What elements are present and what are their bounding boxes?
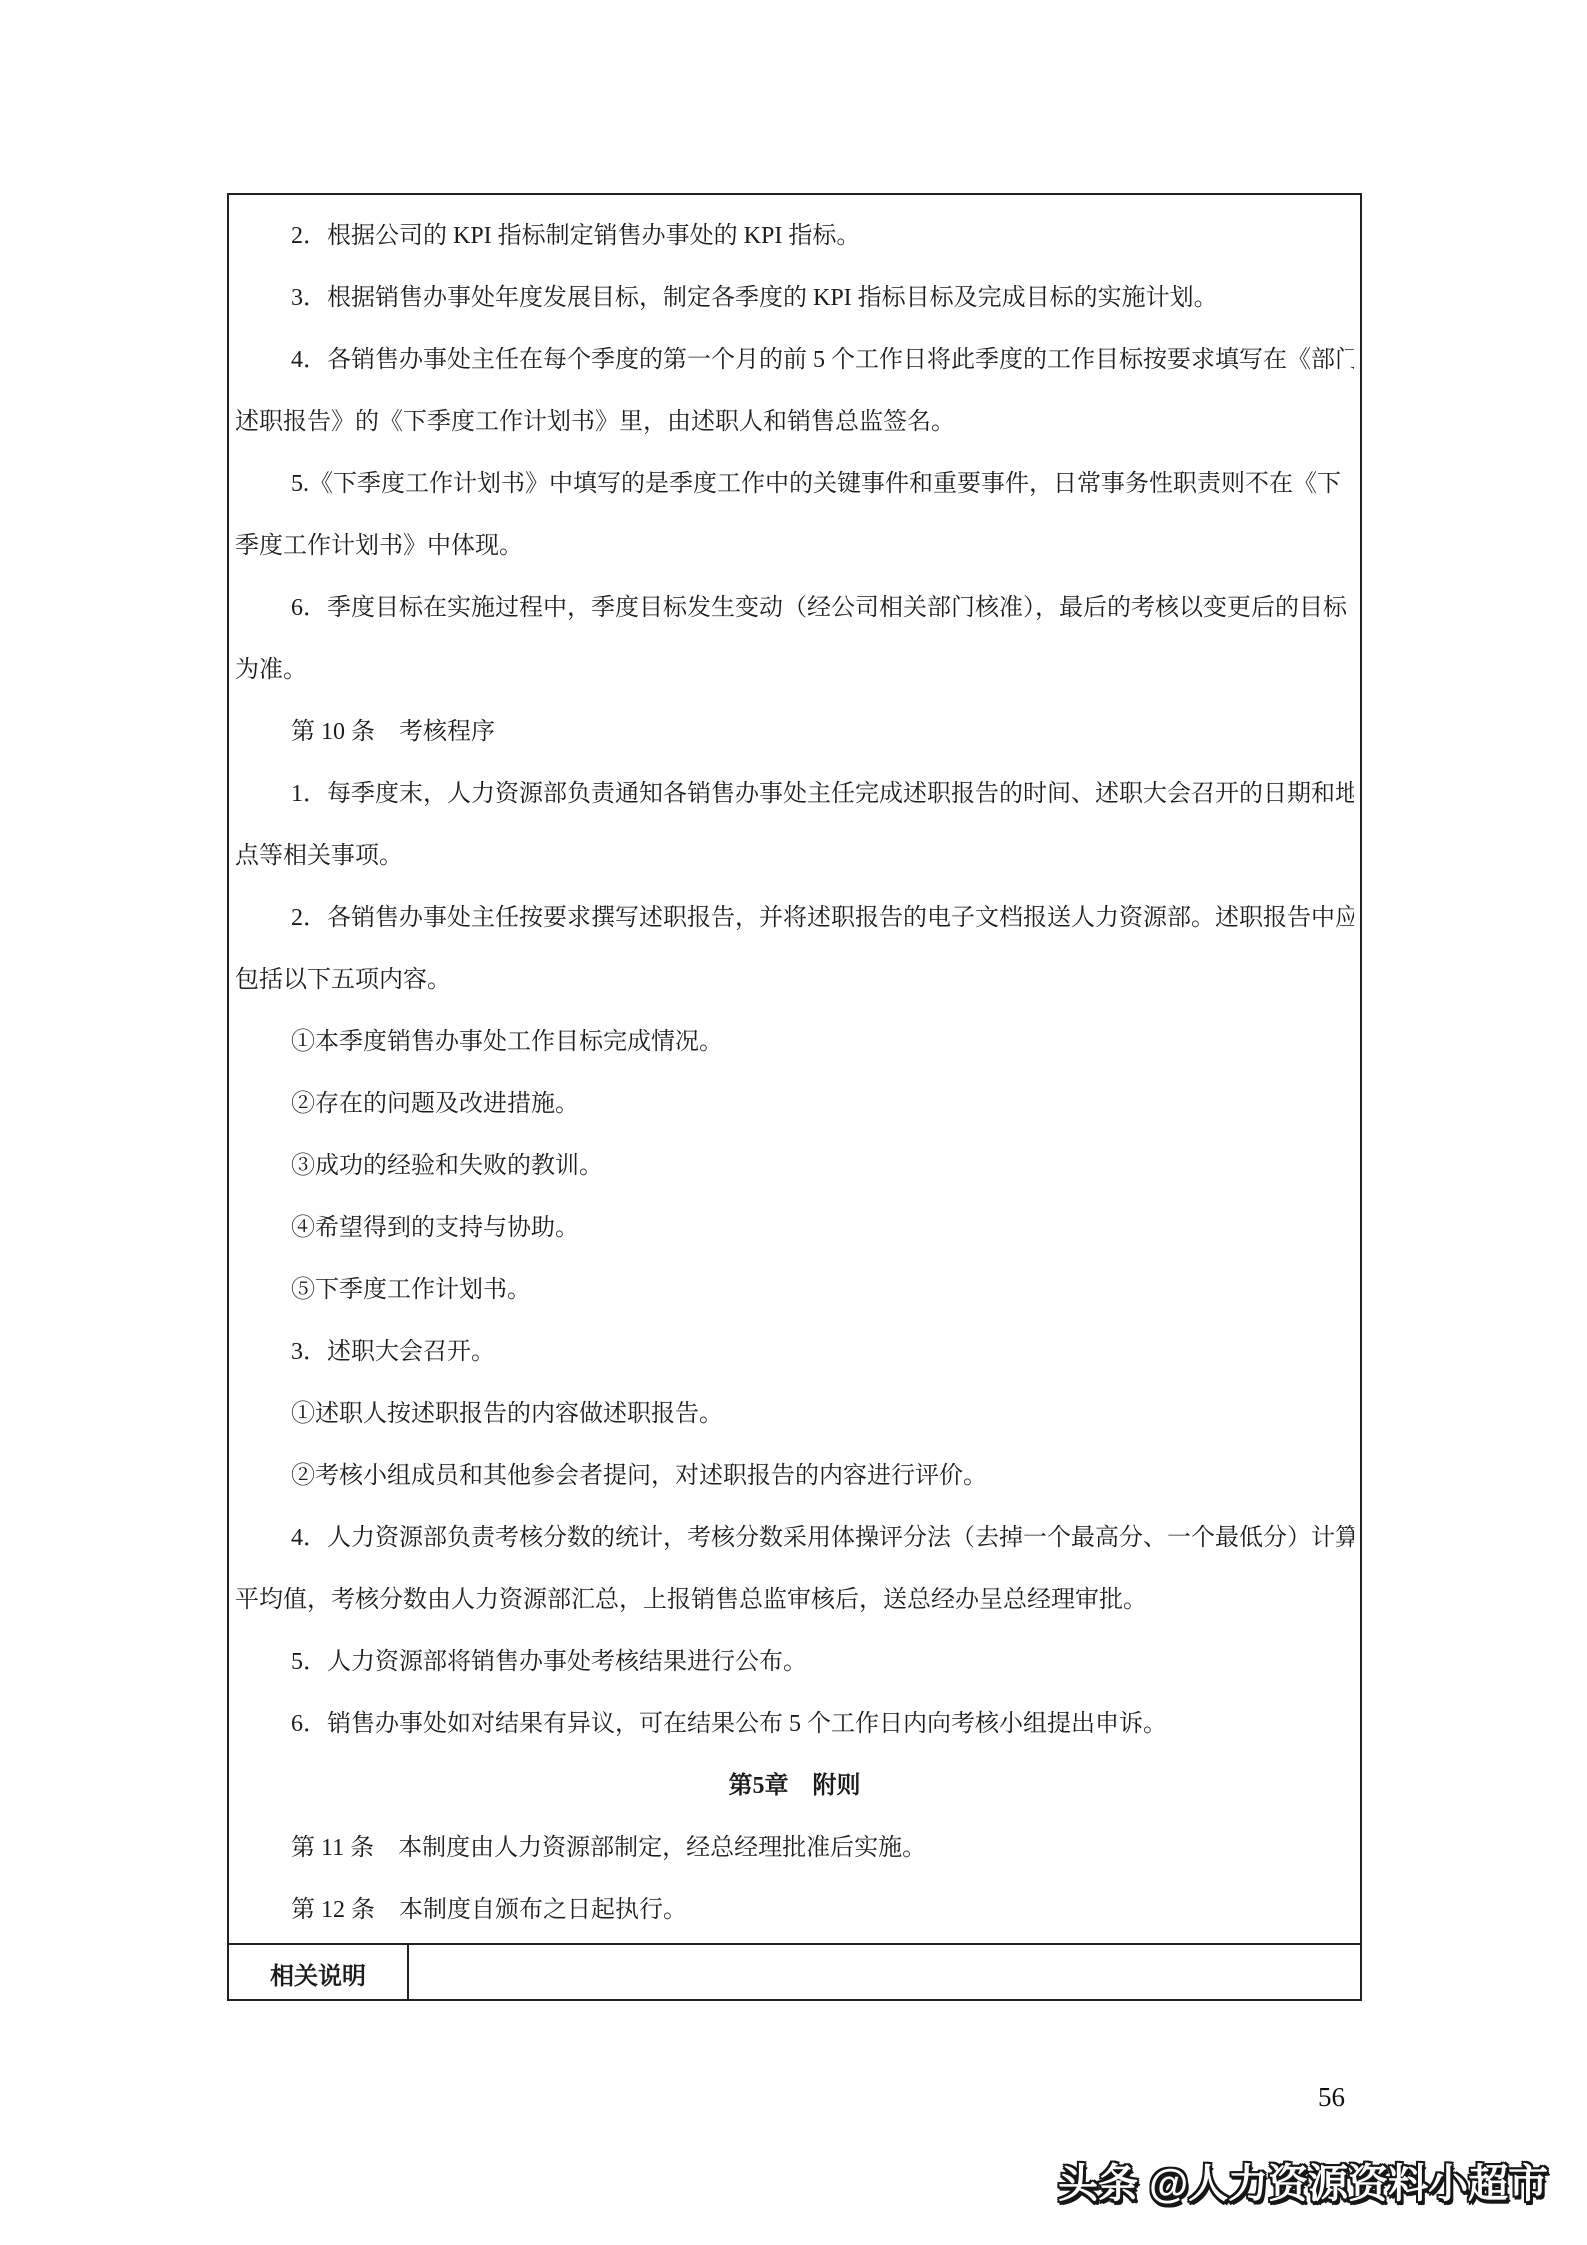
document-line: 2．根据公司的 KPI 指标制定销售办事处的 KPI 指标。 xyxy=(235,201,1354,263)
document-line: 5．人力资源部将销售办事处考核结果进行公布。 xyxy=(235,1627,1354,1689)
document-line: 第 11 条 本制度由人力资源部制定，经总经理批准后实施。 xyxy=(235,1813,1354,1875)
document-line: 包括以下五项内容。 xyxy=(235,945,1354,1007)
watermark: 头条 @人力资源资料小超市 xyxy=(1058,2160,1548,2208)
document-line: 2．各销售办事处主任按要求撰写述职报告，并将述职报告的电子文档报送人力资源部。述… xyxy=(235,883,1354,945)
document-line: 季度工作计划书》中体现。 xyxy=(235,511,1354,573)
document-table: 2．根据公司的 KPI 指标制定销售办事处的 KPI 指标。3．根据销售办事处年… xyxy=(227,193,1362,2001)
document-line: 4．各销售办事处主任在每个季度的第一个月的前 5 个工作日将此季度的工作目标按要… xyxy=(235,325,1354,387)
document-line: 6．季度目标在实施过程中，季度目标发生变动（经公司相关部门核准），最后的考核以变… xyxy=(235,573,1354,635)
document-line: 3．根据销售办事处年度发展目标，制定各季度的 KPI 指标目标及完成目标的实施计… xyxy=(235,263,1354,325)
document-line: ①本季度销售办事处工作目标完成情况。 xyxy=(235,1007,1354,1069)
document-line: 第 10 条 考核程序 xyxy=(235,697,1354,759)
document-line: 3．述职大会召开。 xyxy=(235,1317,1354,1379)
document-line: 平均值，考核分数由人力资源部汇总，上报销售总监审核后，送总经办呈总经理审批。 xyxy=(235,1565,1354,1627)
document-line: 为准。 xyxy=(235,635,1354,697)
document-line: ②考核小组成员和其他参会者提问，对述职报告的内容进行评价。 xyxy=(235,1441,1354,1503)
document-line: 第5章 附则 xyxy=(235,1751,1354,1813)
document-line: ①述职人按述职报告的内容做述职报告。 xyxy=(235,1379,1354,1441)
document-line: 点等相关事项。 xyxy=(235,821,1354,883)
notes-row: 相关说明 xyxy=(229,1943,1360,2001)
document-line: ③成功的经验和失败的教训。 xyxy=(235,1131,1354,1193)
document-line: ⑤下季度工作计划书。 xyxy=(235,1255,1354,1317)
document-line: 1．每季度末，人力资源部负责通知各销售办事处主任完成述职报告的时间、述职大会召开… xyxy=(235,759,1354,821)
document-line: 第 12 条 本制度自颁布之日起执行。 xyxy=(235,1875,1354,1937)
document-line: 5.《下季度工作计划书》中填写的是季度工作中的关键事件和重要事件，日常事务性职责… xyxy=(235,449,1354,511)
document-line: ②存在的问题及改进措施。 xyxy=(235,1069,1354,1131)
notes-label: 相关说明 xyxy=(270,1956,366,1991)
document-line: ④希望得到的支持与协助。 xyxy=(235,1193,1354,1255)
page-number: 56 xyxy=(1318,2082,1345,2113)
notes-label-cell: 相关说明 xyxy=(229,1945,409,2001)
document-line: 6．销售办事处如对结果有异议，可在结果公布 5 个工作日内向考核小组提出申诉。 xyxy=(235,1689,1354,1751)
document-line: 述职报告》的《下季度工作计划书》里，由述职人和销售总监签名。 xyxy=(235,387,1354,449)
document-body: 2．根据公司的 KPI 指标制定销售办事处的 KPI 指标。3．根据销售办事处年… xyxy=(229,195,1360,1943)
notes-value-cell xyxy=(409,1945,1360,2001)
document-line: 4．人力资源部负责考核分数的统计，考核分数采用体操评分法（去掉一个最高分、一个最… xyxy=(235,1503,1354,1565)
